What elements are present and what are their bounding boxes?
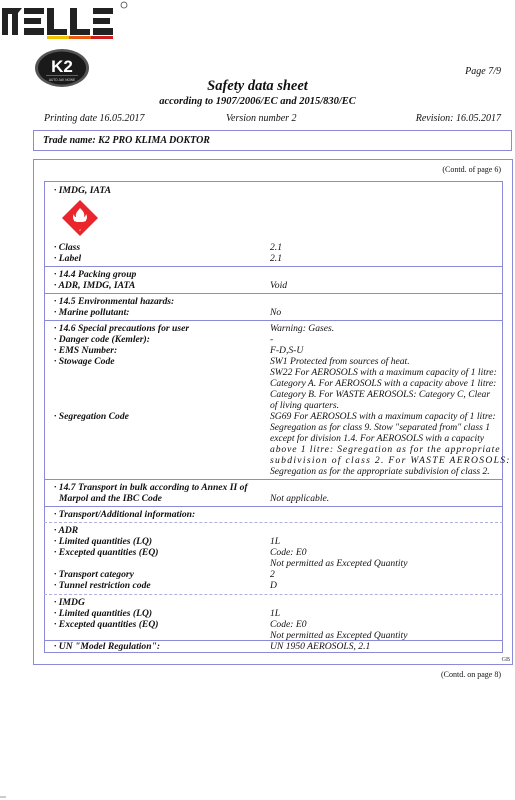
page-number: Page 7/9	[465, 66, 501, 77]
section-divider	[44, 293, 503, 294]
class-label: · Class	[54, 243, 80, 254]
adr-lq-label: · Limited quantities (LQ)	[54, 537, 152, 548]
bulk-heading-2: Marpol and the IBC Code	[59, 494, 162, 505]
segregation-label: · Segregation Code	[54, 412, 129, 423]
label-value: 2.1	[270, 254, 282, 265]
adr-transport-category-value: 2	[270, 570, 275, 581]
stowage-value-5: of living quarters.	[270, 401, 339, 412]
document-title: Safety data sheet	[0, 78, 515, 95]
label-label: · Label	[54, 254, 81, 265]
page-corner-mark	[0, 796, 6, 798]
segregation-value-4: above 1 litre: Segregation as for the ap…	[270, 445, 500, 456]
adr-eq-value: Code: E0	[270, 548, 307, 559]
document-subtitle: according to 1907/2006/EC and 2015/830/E…	[0, 96, 515, 107]
class-value: 2.1	[270, 243, 282, 254]
subsection-divider	[44, 522, 503, 523]
bulk-heading-1: · 14.7 Transport in bulk according to An…	[54, 483, 248, 494]
stowage-value-3: Category A. For AEROSOLS with a capacity…	[270, 379, 496, 390]
imdg-eq-value: Code: E0	[270, 620, 307, 631]
printing-date: Printing date 16.05.2017	[44, 113, 145, 124]
packing-group-heading: · 14.4 Packing group	[54, 270, 136, 281]
segregation-value-6: Segregation as for the appropriate subdi…	[270, 467, 490, 478]
contd-from-note: (Contd. of page 6)	[442, 165, 501, 174]
bulk-value: Not applicable.	[270, 494, 329, 505]
un-model-value: UN 1950 AEROSOLS, 2.1	[270, 642, 370, 653]
adr-transport-category-label: · Transport category	[54, 570, 134, 581]
stowage-value-4: Category B. For WASTE AEROSOLS: Category…	[270, 390, 490, 401]
language-code: GB	[501, 657, 511, 663]
section-divider	[44, 479, 503, 480]
environmental-heading: · 14.5 Environmental hazards:	[54, 297, 174, 308]
section-divider	[44, 320, 503, 321]
flammable-gas-icon: 2	[62, 200, 98, 236]
un-model-label: · UN "Model Regulation":	[54, 642, 160, 653]
packing-group-value: Void	[270, 281, 287, 292]
section-divider	[44, 506, 503, 507]
melle-logo	[0, 0, 130, 44]
segregation-value-2: Segregation as for class 9. Stow "separa…	[270, 423, 490, 434]
packing-group-label: · ADR, IMDG, IATA	[54, 281, 135, 292]
marine-pollutant-label: · Marine pollutant:	[54, 308, 129, 319]
adr-lq-value: 1L	[270, 537, 280, 548]
segregation-value-5: subdivision of class 2. For WASTE AEROSO…	[270, 456, 511, 467]
adr-tunnel-code-label: · Tunnel restriction code	[54, 581, 151, 592]
stowage-label: · Stowage Code	[54, 357, 115, 368]
special-precautions-value: Warning: Gases.	[270, 324, 334, 335]
adr-eq-note: Not permitted as Excepted Quantity	[270, 559, 407, 570]
adr-eq-label: · Excepted quantities (EQ)	[54, 548, 158, 559]
segregation-value-1: SG69 For AEROSOLS with a maximum capacit…	[270, 412, 496, 423]
imdg-iata-heading: · IMDG, IATA	[54, 186, 111, 197]
ems-label: · EMS Number:	[54, 346, 117, 357]
version-number: Version number 2	[226, 113, 297, 124]
contd-on-note: (Contd. on page 8)	[441, 670, 501, 679]
stowage-value-1: SW1 Protected from sources of heat.	[270, 357, 410, 368]
segregation-value-3: except for division 1.4. For AEROSOLS wi…	[270, 434, 484, 445]
subsection-divider	[44, 594, 503, 595]
kemler-label: · Danger code (Kemler):	[54, 335, 150, 346]
revision-date: Revision: 16.05.2017	[416, 113, 501, 124]
ems-value: F-D,S-U	[270, 346, 303, 357]
svg-text:K2: K2	[51, 57, 73, 76]
adr-tunnel-code-value: D	[270, 581, 277, 592]
kemler-value: -	[270, 335, 273, 346]
imdg-lq-value: 1L	[270, 609, 280, 620]
special-precautions-heading: · 14.6 Special precautions for user	[54, 324, 189, 335]
section-divider	[44, 266, 503, 267]
imdg-heading: · IMDG	[54, 598, 85, 609]
imdg-eq-label: · Excepted quantities (EQ)	[54, 620, 158, 631]
stowage-value-2: SW22 For AEROSOLS with a maximum capacit…	[270, 368, 497, 379]
trade-name: Trade name: K2 PRO KLIMA DOKTOR	[43, 135, 210, 146]
imdg-lq-label: · Limited quantities (LQ)	[54, 609, 152, 620]
marine-pollutant-value: No	[270, 308, 281, 319]
trade-name-box: Trade name: K2 PRO KLIMA DOKTOR	[33, 130, 512, 151]
adr-heading: · ADR	[54, 526, 78, 537]
additional-info-heading: · Transport/Additional information:	[54, 510, 195, 521]
